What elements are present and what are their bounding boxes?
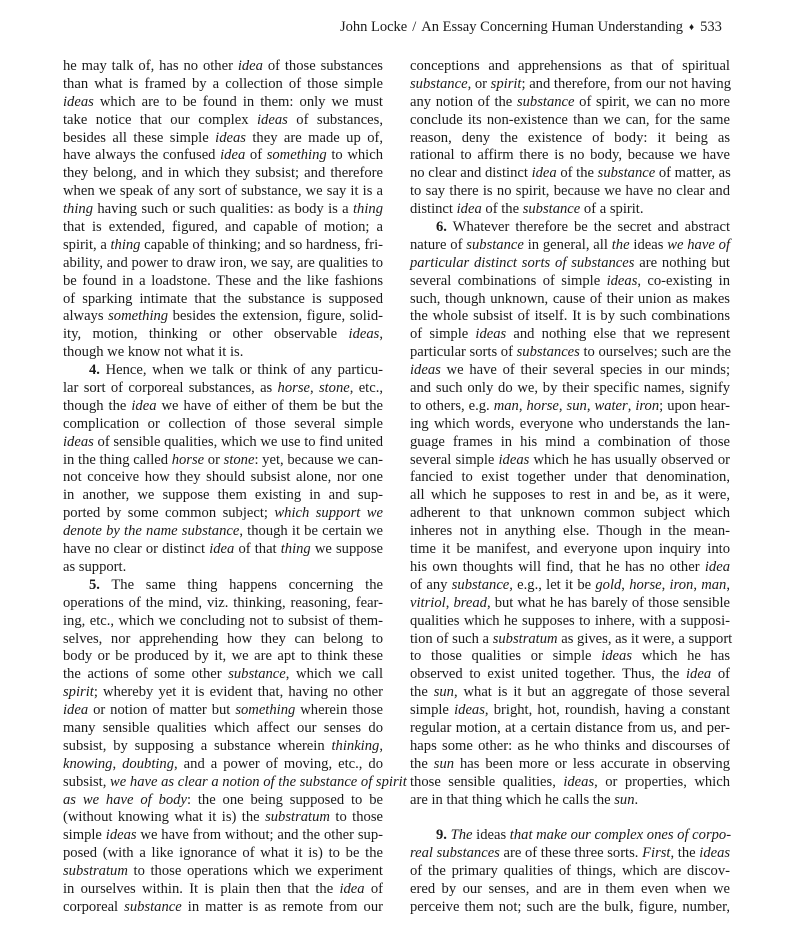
text-line: observed to exist united together. Thus,… [410, 666, 730, 684]
text-line: to those qualities or simple ideas which… [410, 648, 730, 666]
text-line: to others, e.g. man, horse, sun, water, … [410, 398, 730, 416]
text-line: lar sort of corporeal substances, as hor… [63, 380, 383, 398]
text-line: of any substance, e.g., let it be gold, … [410, 577, 730, 595]
text-line: ity, motion, thinking or other observabl… [63, 326, 383, 344]
text-line: several simple ideas which he has usuall… [410, 452, 730, 470]
text-line: those sensible qualities, ideas, or prop… [410, 774, 730, 792]
text-line: ideas which are to be found in them: onl… [63, 94, 383, 112]
text-line: operations of the mind, viz. thinking, r… [63, 595, 383, 613]
text-line: in another, we suppose them existing in … [63, 487, 383, 505]
text-line: the whole subsist of itself. It is by su… [410, 308, 730, 326]
text-line: the sun has been more or less accurate i… [410, 756, 730, 774]
text-line: simple ideas, bright, hot, roundish, hav… [410, 702, 730, 720]
text-line: in ourselves within. It is plain then th… [63, 881, 383, 899]
text-line: rational to affirm there is no body, bec… [410, 147, 730, 165]
text-line: though the idea we have of either of the… [63, 398, 383, 416]
text-line: 9. The ideas that make our complex ones … [410, 827, 730, 845]
text-line: adherent to that unknown common subject … [410, 505, 730, 523]
text-line: time it be manifest, and everyone upon i… [410, 541, 730, 559]
text-line: have no clear or distinct idea of that t… [63, 541, 383, 559]
text-line: ideas of sensible qualities, which we us… [63, 434, 383, 452]
text-line: reason, deny the existence of body: it b… [410, 130, 730, 148]
text-line: are in that thing which he calls the sun… [410, 792, 730, 810]
text-line: such, though unknown, cause of their uni… [410, 291, 730, 309]
header-book-title: An Essay Concerning Human Understanding [421, 19, 683, 35]
text-line: not conceive how they should subsist alo… [63, 469, 383, 487]
text-line: real substances are of these three sorts… [410, 845, 730, 863]
text-line: be found in a loadstone. These and the l… [63, 273, 383, 291]
text-line: 6. Whatever therefore be the secret and … [410, 219, 730, 237]
text-line: particular sorts of substances to oursel… [410, 344, 730, 362]
text-line: selves, nor apprehending how they can be… [63, 631, 383, 649]
text-line: subsist, we have as clear a notion of th… [63, 774, 383, 792]
text-line: 4. Hence, when we talk or think of any p… [63, 362, 383, 380]
text-line: particular distinct sorts of substances … [410, 255, 730, 273]
text-line: nature of substance in general, all the … [410, 237, 730, 255]
text-line: body or be produced by it, we are apt to… [63, 648, 383, 666]
text-line: fancied to exist together under that den… [410, 469, 730, 487]
text-line: ing which words, everyone who understand… [410, 416, 730, 434]
diamond-ornament-icon: ♦ [689, 22, 694, 33]
text-line: substratum to those operations which we … [63, 863, 383, 881]
text-line: denote by the name substance, though it … [63, 523, 383, 541]
text-line: ing, etc., which we concluding not to su… [63, 613, 383, 631]
text-line: inheres not in anything else. Though in … [410, 523, 730, 541]
text-line: idea or notion of matter but something w… [63, 702, 383, 720]
text-line: they belong, and in which they subsist; … [63, 165, 383, 183]
right-text-column: conceptions and apprehensions as that of… [410, 58, 730, 917]
left-text-column: he may talk of, has no other idea of tho… [63, 58, 383, 917]
text-line: in the thing called horse or stone: yet,… [63, 452, 383, 470]
text-line: any notion of the substance of spirit, w… [410, 94, 730, 112]
text-line: haps some other: as he who thinks and di… [410, 738, 730, 756]
text-line: the sun, what is it but an aggregate of … [410, 684, 730, 702]
header-author: John Locke [340, 19, 407, 35]
text-line: ideas we have of their several species i… [410, 362, 730, 380]
text-line: take notice that our complex ideas of su… [63, 112, 383, 130]
text-line: he may talk of, has no other idea of tho… [63, 58, 383, 76]
text-line: ported by some common subject; which sup… [63, 505, 383, 523]
text-line: qualities which he supposes to inhere, w… [410, 613, 730, 631]
text-line: and such only do we, by their specific n… [410, 380, 730, 398]
blank-line [410, 809, 730, 827]
text-line: of the primary qualities of things, whic… [410, 863, 730, 881]
text-line: tion of such a substratum as gives, as i… [410, 631, 730, 649]
text-line: thing having such or such qualities: as … [63, 201, 383, 219]
text-line: the actions of some other substance, whi… [63, 666, 383, 684]
text-line: as we have of body: the one being suppos… [63, 792, 383, 810]
text-line: to say there is no spirit, because we ha… [410, 183, 730, 201]
text-line: conclude its non-existence than we can, … [410, 112, 730, 130]
text-line: always something besides the extension, … [63, 308, 383, 326]
text-line: 5. The same thing happens concerning the [63, 577, 383, 595]
text-line: knowing, doubting, and a power of moving… [63, 756, 383, 774]
text-line: subsist, by supposing a substance wherei… [63, 738, 383, 756]
text-line: though we know not what it is. [63, 344, 383, 362]
text-line: guage frames in his mind a combination o… [410, 434, 730, 452]
text-line: posed (with a like ignorance of what it … [63, 845, 383, 863]
text-line: than what is framed by a collection of t… [63, 76, 383, 94]
page-number: 533 [700, 19, 722, 35]
text-line: no clear and distinct idea of the substa… [410, 165, 730, 183]
text-line: besides all these simple ideas they are … [63, 130, 383, 148]
text-line: vitriol, bread, but what he has barely o… [410, 595, 730, 613]
text-line: corporeal substance in matter is as remo… [63, 899, 383, 917]
text-line: perceive them not; such are the bulk, fi… [410, 899, 730, 917]
text-line: spirit; whereby yet it is evident that, … [63, 684, 383, 702]
text-line: several combinations of simple ideas, co… [410, 273, 730, 291]
text-line: regular motion, at a certain distance fr… [410, 720, 730, 738]
text-line: his own thoughts will find, that he has … [410, 559, 730, 577]
text-line: ered by our senses, and are in them even… [410, 881, 730, 899]
text-line: many sensible qualities which affect our… [63, 720, 383, 738]
text-line: have always the confused idea of somethi… [63, 147, 383, 165]
text-line: of simple ideas and nothing else that we… [410, 326, 730, 344]
text-line: ability, and power to draw iron, we say,… [63, 255, 383, 273]
text-line: of sparking intimate that the substance … [63, 291, 383, 309]
text-line: simple ideas we have from without; and t… [63, 827, 383, 845]
text-line: spirit, a thing capable of thinking; and… [63, 237, 383, 255]
text-line: when we speak of any sort of substance, … [63, 183, 383, 201]
text-line: substance, or spirit; and therefore, fro… [410, 76, 730, 94]
text-line: that is extended, figured, and capable o… [63, 219, 383, 237]
text-line: conceptions and apprehensions as that of… [410, 58, 730, 76]
text-line: as support. [63, 559, 383, 577]
header-separator: / [412, 19, 416, 35]
text-line: (without knowing what it is) the substra… [63, 809, 383, 827]
text-line: complication or collection of those seve… [63, 416, 383, 434]
text-line: distinct idea of the substance of a spir… [410, 201, 730, 219]
running-header: John Locke/An Essay Concerning Human Und… [340, 17, 740, 39]
text-line: all which he supposes to rest in and be,… [410, 487, 730, 505]
